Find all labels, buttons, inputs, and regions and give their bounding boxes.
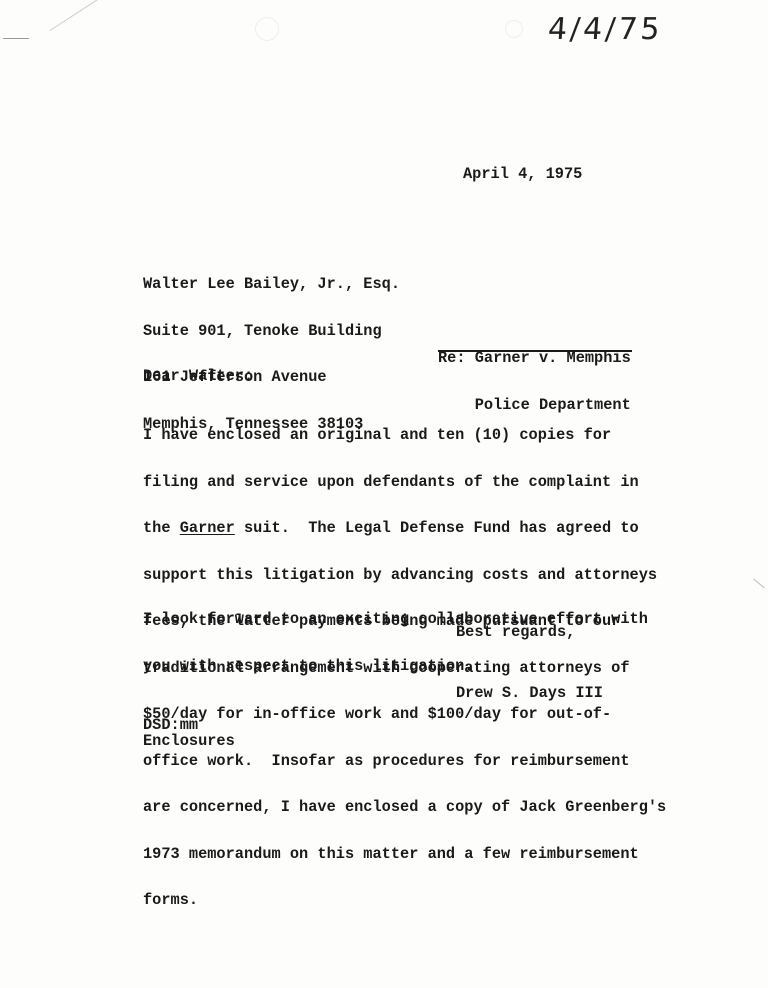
- re-underline: [438, 350, 632, 352]
- scan-mark: [753, 579, 764, 589]
- salutation: Dear Walter:: [143, 369, 253, 385]
- enclosures-note: Enclosures: [143, 734, 235, 750]
- scan-mark: [3, 38, 29, 39]
- body-line: are concerned, I have enclosed a copy of…: [143, 800, 666, 816]
- body-line: I have enclosed an original and ten (10)…: [143, 428, 666, 444]
- handwritten-date: 4/4/75: [547, 12, 664, 47]
- scan-artifact: [505, 20, 523, 38]
- recipient-suite: Suite 901, Tenoke Building: [143, 324, 400, 340]
- closing: Best regards,: [456, 625, 575, 641]
- body-line: the Garner suit. The Legal Defense Fund …: [143, 521, 666, 537]
- body-line: 1973 memorandum on this matter and a few…: [143, 847, 666, 863]
- scan-artifact: [255, 17, 279, 41]
- letter-page: 4/4/75 April 4, 1975 Walter Lee Bailey, …: [0, 0, 768, 988]
- letter-date: April 4, 1975: [463, 167, 582, 183]
- body-text: the: [143, 519, 180, 537]
- body-line: $50/day for in-office work and $100/day …: [143, 707, 666, 723]
- scan-mark: [50, 0, 101, 31]
- body-line: office work. Insofar as procedures for r…: [143, 754, 666, 770]
- body-line: forms.: [143, 893, 666, 909]
- signature-name: Drew S. Days III: [456, 686, 603, 702]
- recipient-name: Walter Lee Bailey, Jr., Esq.: [143, 277, 400, 293]
- body-line: you with respect to this litigation.: [143, 659, 648, 675]
- body-text: suit. The Legal Defense Fund has agreed …: [235, 519, 639, 537]
- re-line-1: Re: Garner v. Memphis: [438, 351, 631, 367]
- case-name-underlined: Garner: [180, 519, 235, 537]
- body-line: filing and service upon defendants of th…: [143, 475, 666, 491]
